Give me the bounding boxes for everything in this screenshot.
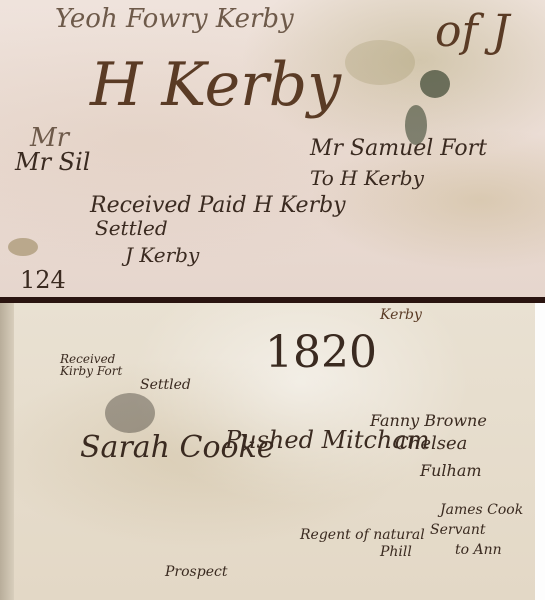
handwritten-line: Yeoh Fowry Kerby — [55, 6, 294, 32]
bottom-manuscript-page: Received Kirby Fort Settled Kerby 1820 F… — [0, 303, 535, 600]
top-manuscript-page: Yeoh Fowry Kerby H Kerby Mr Mr Sil Mr Sa… — [0, 0, 545, 297]
handwritten-line: Received Paid H Kerby — [90, 195, 346, 217]
ink-stain — [345, 40, 415, 85]
handwritten-line: To H Kerby — [310, 168, 424, 188]
handwritten-line: J Kerby — [125, 245, 199, 265]
handwritten-line: Servant — [430, 523, 485, 537]
handwritten-line: to Ann — [455, 543, 502, 557]
handwritten-line: Phill — [380, 545, 412, 559]
handwritten-line: Mr Samuel Fort — [310, 138, 487, 160]
handwritten-signature: H Kerby — [90, 55, 341, 115]
handwritten-line: Mr Sil — [15, 150, 90, 174]
handwritten-year: 1820 — [265, 331, 377, 375]
handwritten-line: Regent of natural — [300, 528, 425, 542]
handwritten-line: Sarah Cooke — [80, 433, 275, 463]
handwritten-line: Prospect — [165, 565, 227, 579]
handwritten-line: of J — [435, 10, 509, 54]
handwritten-line: Kirby Fort — [60, 365, 122, 377]
handwritten-line: Settled — [95, 218, 168, 238]
page-number: 124 — [20, 268, 66, 292]
page-edge — [535, 303, 545, 600]
page-binding — [0, 303, 14, 600]
handwritten-line: Kerby — [380, 308, 422, 322]
ink-stain — [105, 393, 155, 433]
ink-stain — [8, 238, 38, 256]
handwritten-line: Settled — [140, 378, 191, 392]
ink-stain — [420, 70, 450, 98]
handwritten-line: Fulham — [420, 463, 482, 479]
handwritten-line: James Cook — [440, 503, 523, 517]
